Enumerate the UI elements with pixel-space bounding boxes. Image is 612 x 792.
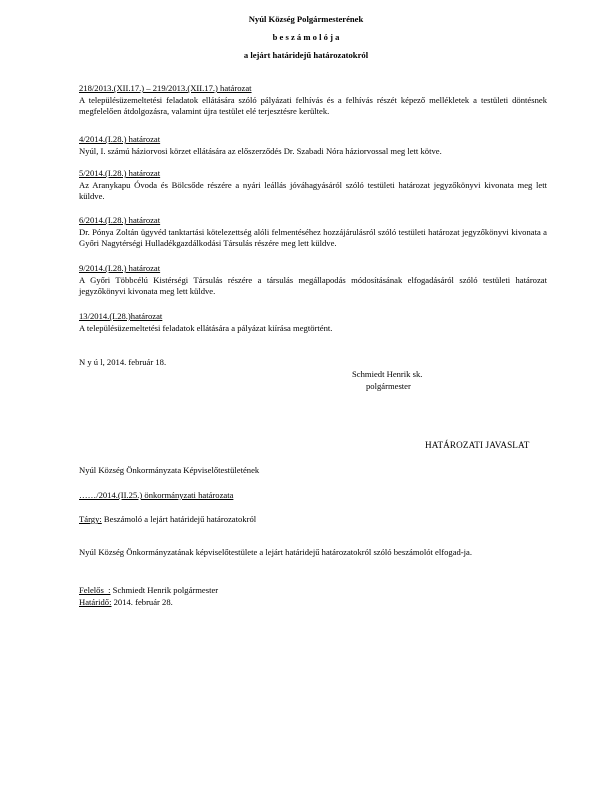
deadline-label: Határidő: xyxy=(79,597,111,607)
signer-name: Schmiedt Henrik sk. xyxy=(352,369,422,381)
subject-text: Beszámoló a lejárt határidejű határozato… xyxy=(102,514,256,524)
resolution-ref: 9/2014.(I.28.) határozat xyxy=(79,263,547,275)
resolution-ref: 13/2014.(I.28.)határozat xyxy=(79,311,547,323)
resolution-text: A településüzemeltetési feladatok ellátá… xyxy=(79,323,547,335)
resolution-text: Az Aranykapu Óvoda és Bölcsőde részére a… xyxy=(79,180,547,203)
header-subtitle: b e s z á m o l ó j a xyxy=(0,32,612,43)
place-date: N y ú l, 2014. február 18. xyxy=(79,357,166,369)
responsible-value: Schmiedt Henrik polgármester xyxy=(111,585,219,595)
resolution-item: 5/2014.(I.28.) határozat Az Aranykapu Óv… xyxy=(79,168,547,203)
resolution-ref: 5/2014.(I.28.) határozat xyxy=(79,168,547,180)
resolution-ref: 218/2013.(XII.17.) – 219/2013.(XII.17.) … xyxy=(79,83,547,95)
header-topic: a lejárt határidejű határozatokról xyxy=(0,50,612,61)
resolution-item: 9/2014.(I.28.) határozat A Győri Többcél… xyxy=(79,263,547,298)
header-title: Nyúl Község Polgármesterének xyxy=(0,14,612,25)
proposal-addressee: Nyúl Község Önkormányzata Képviselőtestü… xyxy=(79,465,259,477)
resolution-text: A településüzemeltetési feladatok ellátá… xyxy=(79,95,547,118)
deadline-line: Határidő: 2014. február 28. xyxy=(79,597,173,609)
document-page: Nyúl Község Polgármesterének b e s z á m… xyxy=(0,0,612,792)
proposal-body: Nyúl Község Önkormányzatának képviselőte… xyxy=(79,547,547,559)
resolution-text: Nyúl, I. számú háziorvosi körzet ellátás… xyxy=(79,146,547,158)
resolution-text: A Győri Többcélú Kistérségi Társulás rés… xyxy=(79,275,547,298)
resolution-ref: 4/2014.(I.28.) határozat xyxy=(79,134,547,146)
resolution-item: 13/2014.(I.28.)határozat A településüzem… xyxy=(79,311,547,334)
subject-label: Tárgy: xyxy=(79,514,102,524)
responsible-line: Felelős : Schmiedt Henrik polgármester xyxy=(79,585,218,597)
deadline-value: 2014. február 28. xyxy=(111,597,172,607)
resolution-item: 218/2013.(XII.17.) – 219/2013.(XII.17.) … xyxy=(79,83,547,118)
responsible-label: Felelős : xyxy=(79,585,111,595)
resolution-item: 6/2014.(I.28.) határozat Dr. Pónya Zoltá… xyxy=(79,215,547,250)
proposal-body-text: Nyúl Község Önkormányzatának képviselőte… xyxy=(79,547,547,559)
proposal-number: ……/2014.(II.25.) önkormányzati határozat… xyxy=(79,490,233,502)
resolution-text: Dr. Pónya Zoltán ügyvéd tanktartási köte… xyxy=(79,227,547,250)
resolution-item: 4/2014.(I.28.) határozat Nyúl, I. számú … xyxy=(79,134,547,157)
resolution-ref: 6/2014.(I.28.) határozat xyxy=(79,215,547,227)
signer-title: polgármester xyxy=(366,381,411,393)
proposal-heading: HATÁROZATI JAVASLAT xyxy=(425,440,529,452)
proposal-subject: Tárgy: Beszámoló a lejárt határidejű hat… xyxy=(79,514,256,526)
